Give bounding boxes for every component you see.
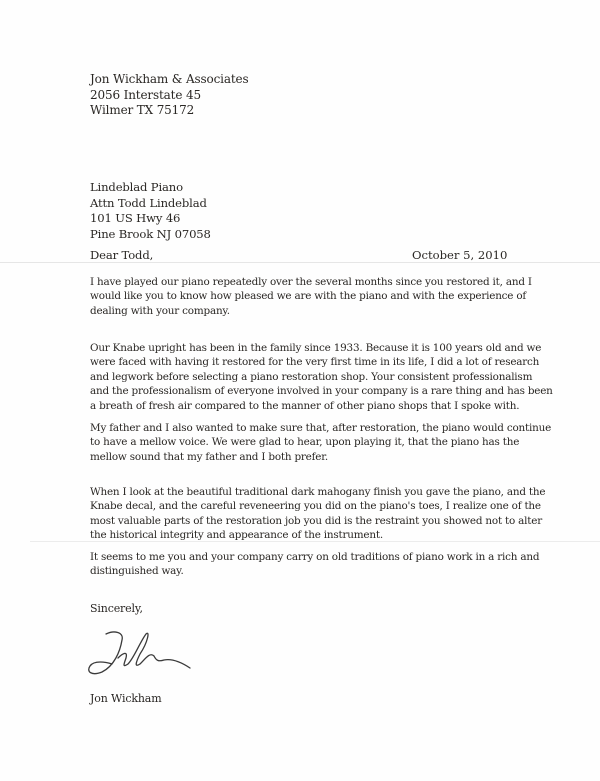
sender-line: 2056 Interstate 45 [90,88,249,104]
paragraph-line: Our Knabe upright has been in the family… [90,341,560,355]
paragraph-line: a breath of fresh air compared to the ma… [90,399,560,413]
recipient-address: Lindeblad Piano Attn Todd Lindeblad 101 … [90,180,211,242]
closing: Sincerely, [90,601,143,617]
paragraph-line: were faced with having it restored for t… [90,355,560,369]
letter-date: October 5, 2010 [412,248,507,264]
paragraph-line: mellow sound that my father and I both p… [90,450,560,464]
sender-line: Jon Wickham & Associates [90,72,249,88]
recipient-line: Lindeblad Piano [90,180,211,196]
paragraph: It seems to me you and your company carr… [90,550,560,579]
paragraph: When I look at the beautiful traditional… [90,485,560,543]
paragraph: My father and I also wanted to make sure… [90,421,560,464]
paragraph-line: dealing with your company. [90,304,560,318]
paragraph-line: would like you to know how pleased we ar… [90,289,560,303]
recipient-line: Pine Brook NJ 07058 [90,227,211,243]
signer-name: Jon Wickham [90,691,162,707]
recipient-line: 101 US Hwy 46 [90,211,211,227]
sender-line: Wilmer TX 75172 [90,103,249,119]
signature-icon [84,628,194,678]
paragraph-line: I have played our piano repeatedly over … [90,275,560,289]
paragraph-line: most valuable parts of the restoration j… [90,514,560,528]
paragraph-line: When I look at the beautiful traditional… [90,485,560,499]
salutation: Dear Todd, [90,248,153,264]
paragraph-line: to have a mellow voice. We were glad to … [90,435,560,449]
sender-address: Jon Wickham & Associates 2056 Interstate… [90,72,249,119]
paragraph-line: and the professionalism of everyone invo… [90,384,560,398]
paragraph-line: Knabe decal, and the careful reveneering… [90,499,560,513]
paragraph-line: the historical integrity and appearance … [90,528,560,542]
paragraph: I have played our piano repeatedly over … [90,275,560,318]
paragraph: Our Knabe upright has been in the family… [90,341,560,413]
paragraph-line: distinguished way. [90,564,560,578]
paragraph-line: and legwork before selecting a piano res… [90,370,560,384]
paragraph-line: My father and I also wanted to make sure… [90,421,560,435]
paragraph-line: It seems to me you and your company carr… [90,550,560,564]
recipient-line: Attn Todd Lindeblad [90,196,211,212]
letter-page: Jon Wickham & Associates 2056 Interstate… [0,0,600,781]
